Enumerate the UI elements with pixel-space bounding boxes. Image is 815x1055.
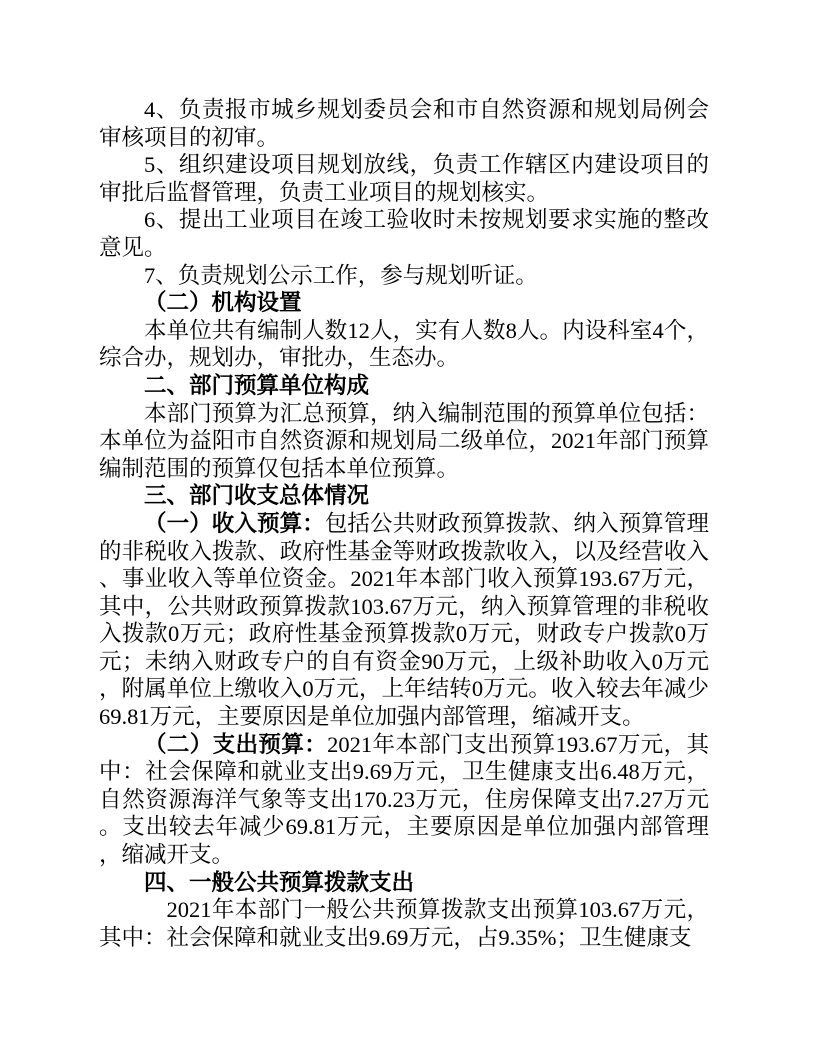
section-heading: 二、部门预算单位构成 bbox=[99, 372, 709, 400]
paragraph: 4、负责报市城乡规划委员会和市自然资源和规划局例会审核项目的初审。 bbox=[99, 96, 709, 151]
document-text: 4、负责报市城乡规划委员会和市自然资源和规划局例会审核项目的初审。5、组织建设项… bbox=[99, 96, 709, 951]
paragraph: 6、提出工业项目在竣工验收时未按规划要求实施的整改意见。 bbox=[99, 206, 709, 261]
paragraph-lead: （二）支出预算： bbox=[144, 732, 327, 757]
section-heading: 四、一般公共预算拨款支出 bbox=[99, 869, 709, 897]
paragraph: 7、负责规划公示工作，参与规划听证。 bbox=[99, 262, 709, 290]
paragraph: 5、组织建设项目规划放线，负责工作辖区内建设项目的审批后监督管理，负责工业项目的… bbox=[99, 151, 709, 206]
paragraph-lead: （一）收入预算： bbox=[144, 511, 325, 536]
section-heading: 三、部门收支总体情况 bbox=[99, 482, 709, 510]
section-heading: （二）机构设置 bbox=[99, 289, 709, 317]
paragraph: 2021年本部门一般公共预算拨款支出预算103.67万元，其中：社会保障和就业支… bbox=[99, 896, 709, 951]
document-page: 4、负责报市城乡规划委员会和市自然资源和规划局例会审核项目的初审。5、组织建设项… bbox=[0, 0, 815, 1055]
paragraph: （一）收入预算：包括公共财政预算拨款、纳入预算管理的非税收入拨款、政府性基金等财… bbox=[99, 510, 709, 731]
paragraph: （二）支出预算：2021年本部门支出预算193.67万元，其中：社会保障和就业支… bbox=[99, 731, 709, 869]
paragraph: 本部门预算为汇总预算，纳入编制范围的预算单位包括：本单位为益阳市自然资源和规划局… bbox=[99, 400, 709, 483]
paragraph: 本单位共有编制人数12人，实有人数8人。内设科室4个，综合办，规划办，审批办，生… bbox=[99, 317, 709, 372]
